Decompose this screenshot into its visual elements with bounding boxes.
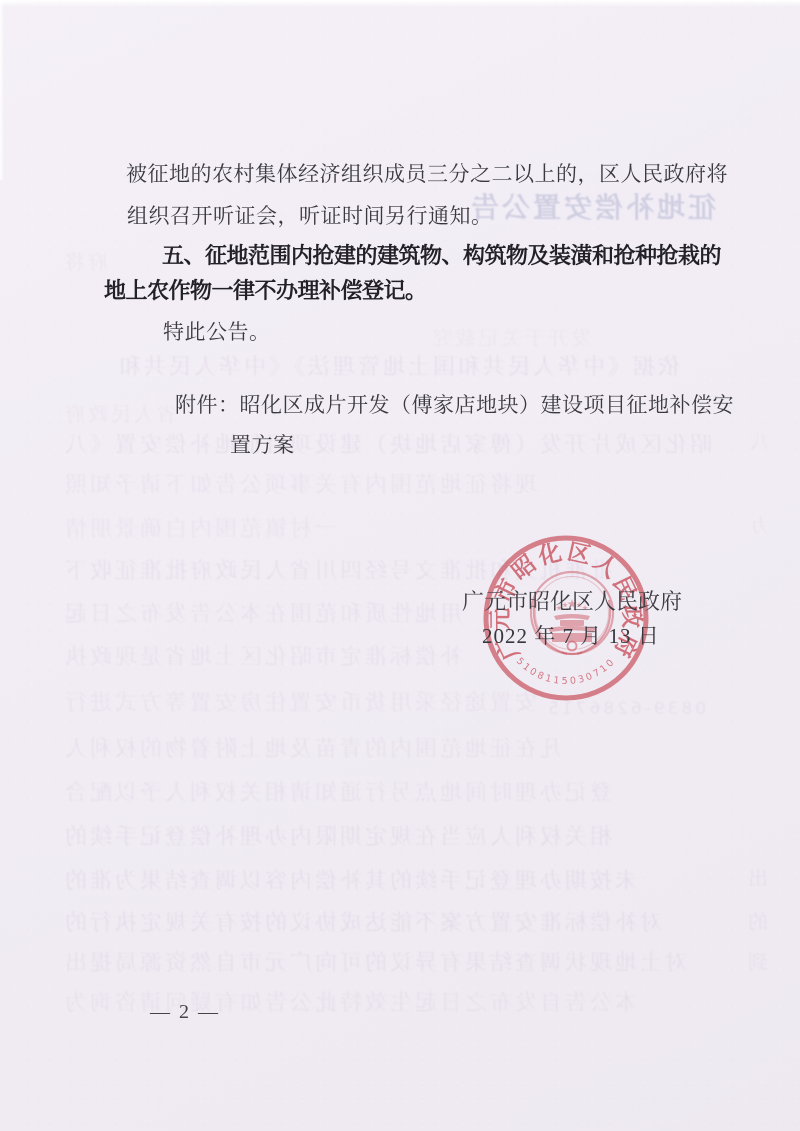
bleedthrough-line: 出 [745, 862, 768, 891]
bleedthrough-line: 省人民政府 [62, 398, 177, 427]
bleedthrough-line: 力 [748, 512, 769, 538]
bleedthrough-line: 一村镇范围内白确景朋情 [62, 512, 337, 543]
bleedthrough-line: 相关权利人应当在规定期限内办理补偿登记手续的 [62, 820, 612, 851]
bleedthrough-line: 对土地现状调查结果有异议的可向广元市自然资源局提出 [62, 946, 687, 977]
bleedthrough-line: 登记办理时间地点另行通知请相关权利人予以配合 [62, 776, 612, 807]
attachment-line: 附件：昭化区成片开发（傅家店地块）建设项目征地补偿安 [175, 389, 734, 419]
scan-edge-artifact [0, 0, 4, 180]
scanned-document-page: 征地补偿安置公告府将发开于关记载究依据《中华人民共和国土地管理法》《中华人民共和… [0, 0, 800, 1131]
body-line: 组织召开听证会，听证时间另行通知。 [127, 200, 493, 230]
issue-date: 2022 年 7 月 13 日 [482, 620, 660, 650]
closing-statement: 特此公告。 [163, 316, 271, 346]
bleedthrough-line: 未按期办理登记手续的其补偿内容以调查结果为准的 [62, 864, 637, 895]
body-line-item5-heading: 地上农作物一律不办理补偿登记。 [104, 274, 427, 305]
issuer-signature: 广元市昭化区人民政府 [462, 585, 682, 616]
bleedthrough-line: 凡在征地范围内的青苗及地上附着物的权利人 [62, 732, 562, 763]
bleedthrough-line: 发开于关记载究 [430, 322, 591, 351]
bleedthrough-line: 依据《中华人民共和国土地管理法》《中华人民共和 [116, 350, 680, 381]
body-line-item5-heading: 五、征地范围内抢建的建筑物、构筑物及装潢和抢种抢栽的 [162, 239, 721, 270]
bleedthrough-line: 补偿标准定市昭化区土地省是现政执 [62, 640, 462, 671]
bleedthrough-line: 对补偿标准安置方案不能达成协议的按有关规定执行的 [62, 906, 662, 937]
bleedthrough-line: 征地补偿安置公告 [468, 186, 716, 226]
bleedthrough-line: 用地性质和范围在本公告发布之日起 [62, 597, 462, 628]
scan-edge-artifact [0, 0, 800, 7]
bleedthrough-line: 八 [748, 428, 769, 454]
body-line: 被征地的农村集体经济组织成员三分之二以上的，区人民政府将 [126, 158, 728, 188]
attachment-line: 置方案 [230, 429, 295, 459]
bleedthrough-line: 本公告自发布之日起生效特此公告如有疑问请咨询为 [62, 986, 637, 1017]
bleedthrough-line: 昭化区成片开发（傅家店地块）建设项目征地补偿安置《八 [62, 428, 712, 459]
svg-text:5108115030710: 5108115030710 [514, 656, 618, 687]
bleedthrough-line: 的 [745, 906, 768, 935]
bleedthrough-line: 到 [745, 946, 768, 975]
seal-code: 5108115030710 [514, 656, 618, 687]
bleedthrough-line: 府将 [62, 246, 108, 275]
bleedthrough-line: 现将征地范围内有关事项公告如下请予知照 [62, 468, 537, 499]
official-seal: 广元市昭化区人民政府 5108115030710 [466, 518, 666, 718]
